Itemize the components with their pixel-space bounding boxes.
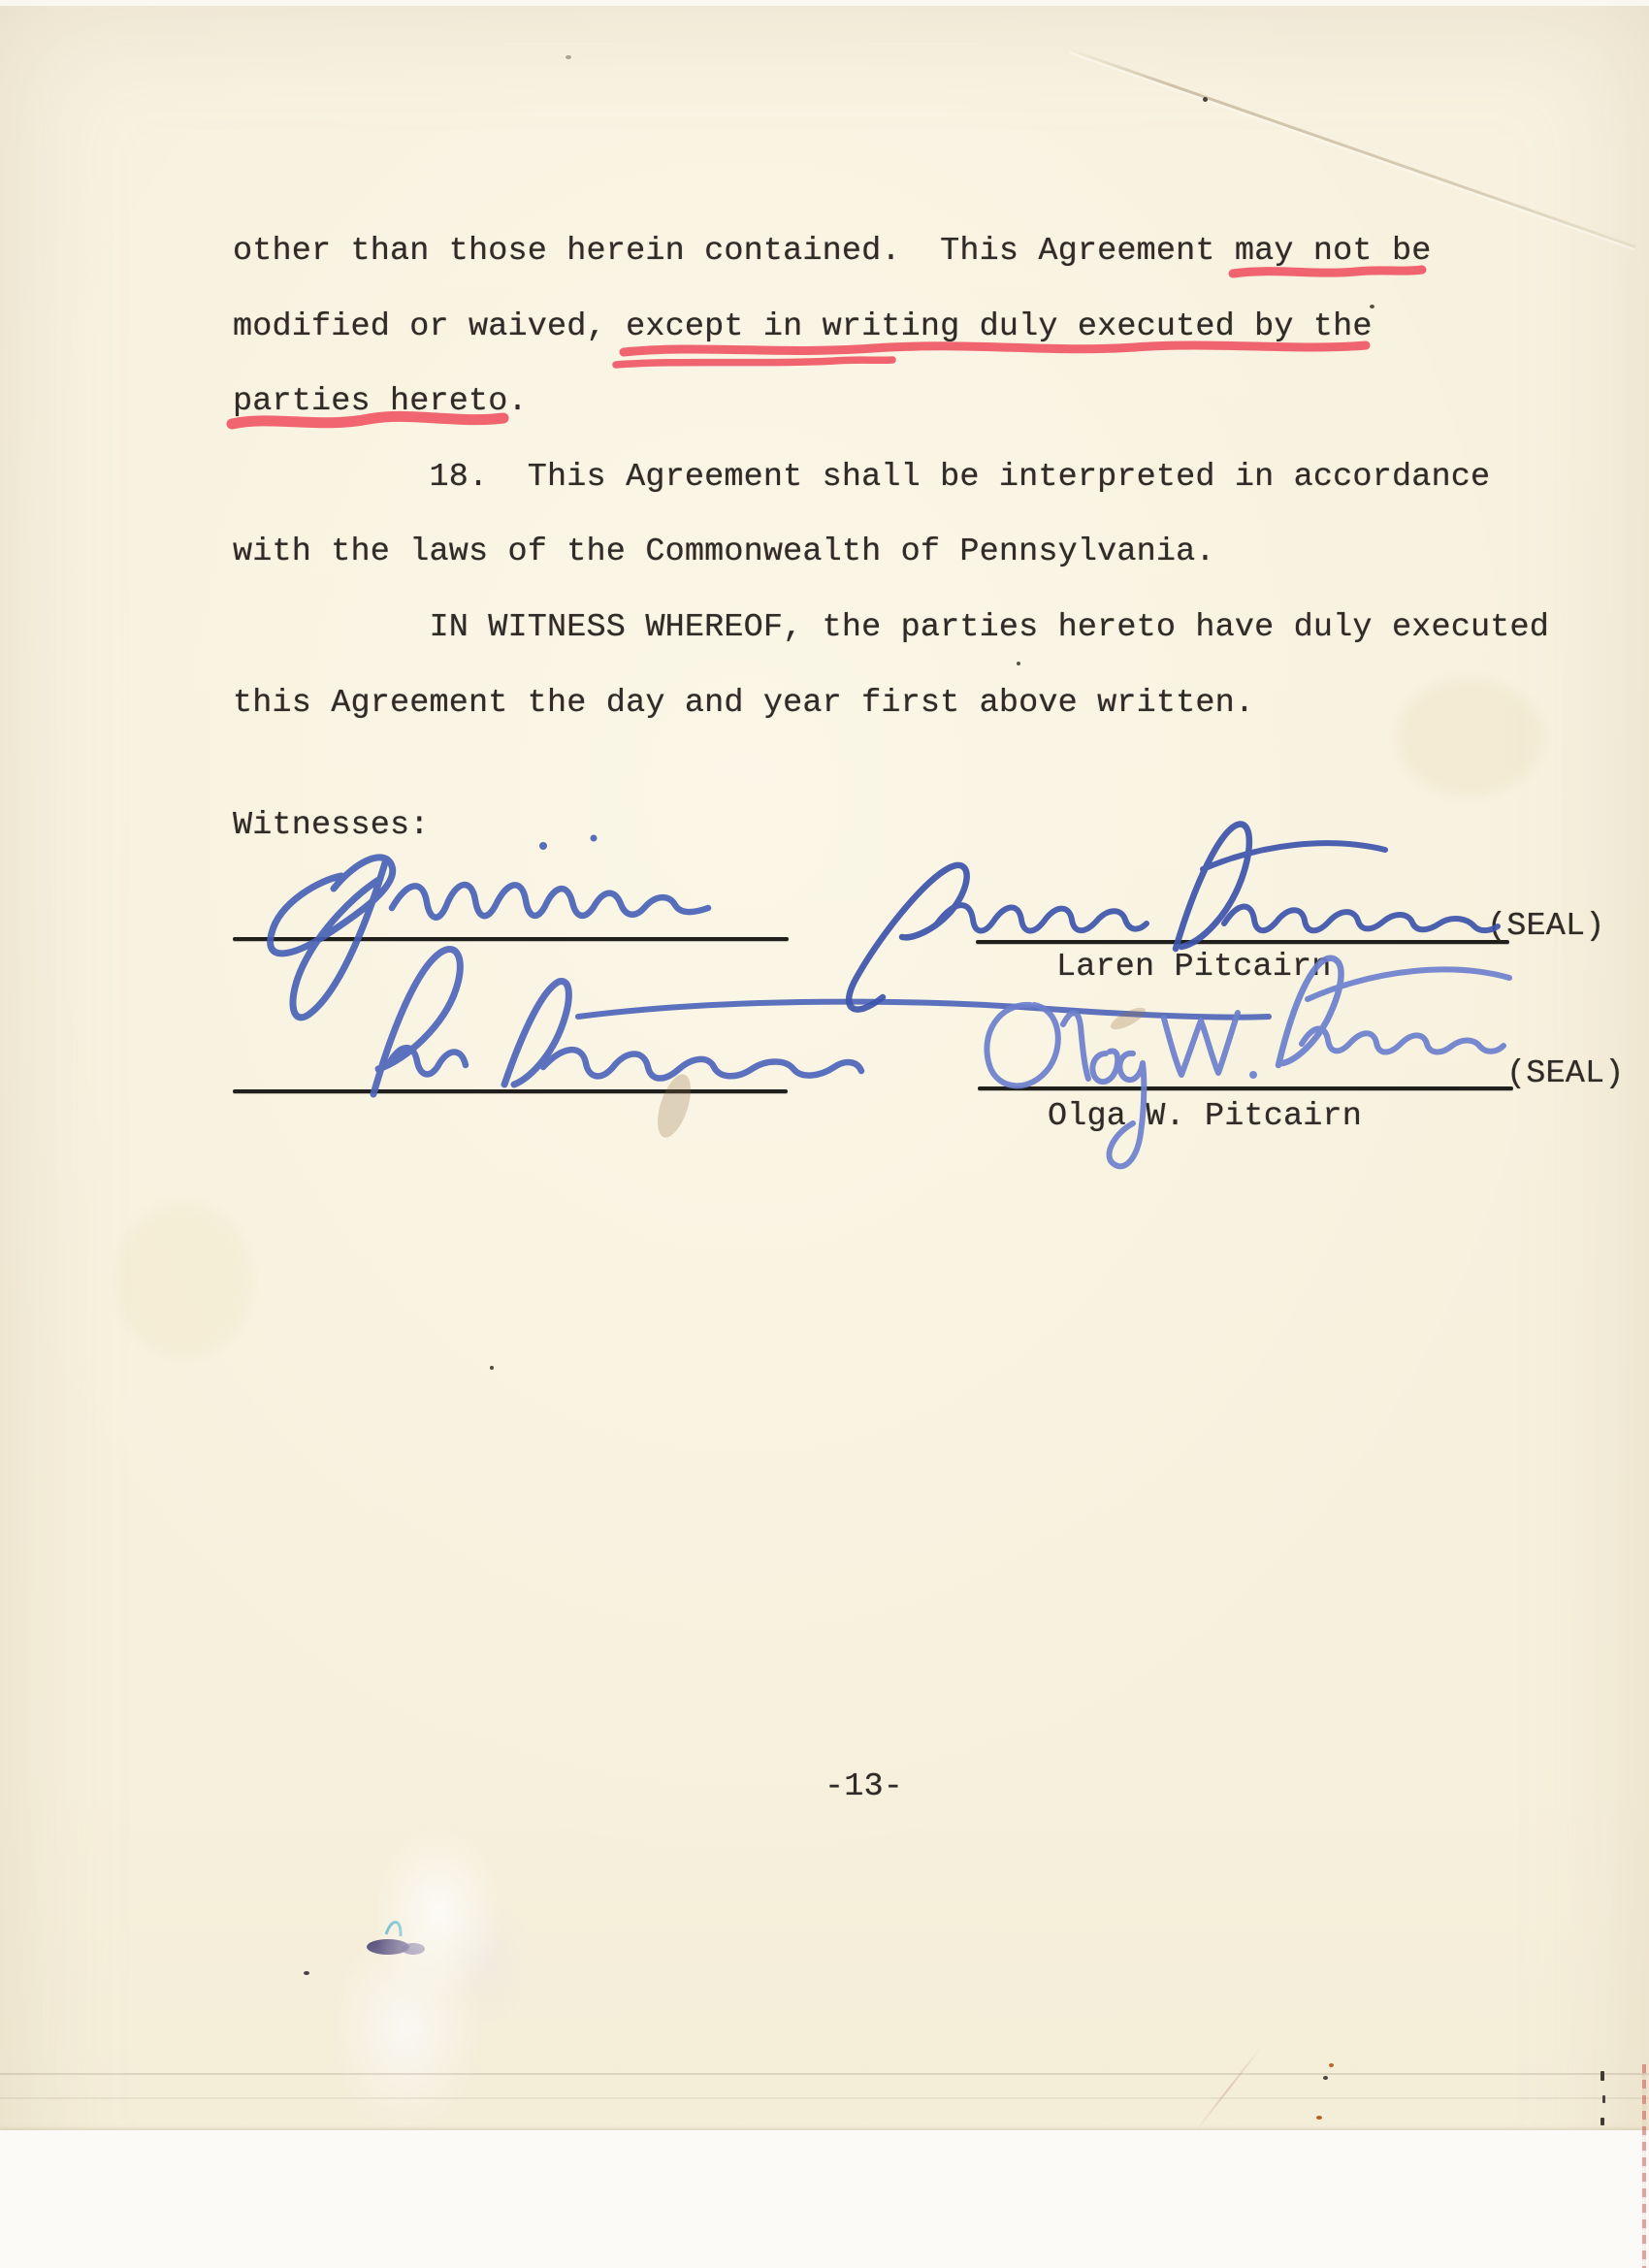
body-line: 18. This Agreement shall be interpreted … [233, 462, 1490, 495]
body-line: other than those herein contained. This … [233, 236, 1431, 269]
scan-right-edge-marks [1642, 2064, 1646, 2268]
scan-bottom-strip [0, 2130, 1649, 2268]
edge-mark [1602, 2095, 1605, 2103]
edge-mark [1600, 2118, 1604, 2125]
dust-speck [1329, 2063, 1334, 2067]
edge-mark [1600, 2071, 1604, 2081]
party-signature-2-handwriting [986, 958, 1509, 1167]
body-line: IN WITNESS WHEREOF, the parties hereto h… [233, 612, 1549, 645]
witnesses-label: Witnesses: [233, 810, 430, 843]
smudge-mark [1108, 1003, 1148, 1033]
dust-speck [1203, 97, 1208, 102]
body-line: with the laws of the Commonwealth of Pen… [233, 536, 1215, 569]
red-underline-secondary-stroke [616, 360, 892, 365]
witness-signature-line-2 [233, 1089, 788, 1093]
party-typed-name-1: Laren Pitcairn [1056, 952, 1332, 985]
body-line: this Agreement the day and year first ab… [233, 688, 1254, 721]
page-number: -13- [824, 1771, 903, 1804]
scanned-document-page: other than those herein contained. This … [0, 0, 1649, 2268]
dust-speck [490, 1366, 494, 1370]
scan-top-edge [0, 0, 1649, 6]
smudge-mark [651, 1070, 697, 1141]
dust-speck [1316, 2116, 1322, 2120]
dust-speck [1370, 305, 1374, 308]
paper-stain [262, 1814, 582, 2144]
witness-signature-1-handwriting [271, 835, 708, 1018]
dust-speck [1017, 662, 1020, 665]
party-signature-line-2 [978, 1086, 1513, 1090]
red-underline-except-in-writing [624, 345, 1366, 352]
dust-speck [566, 55, 571, 59]
dust-speck [304, 1971, 309, 1975]
age-spot [1397, 679, 1542, 795]
scan-artifact-line [0, 2073, 1649, 2075]
scratch-mark [1195, 2046, 1262, 2131]
witness-signature-line-1 [233, 937, 789, 941]
seal-label-1: (SEAL) [1487, 911, 1605, 944]
age-spot [116, 1203, 252, 1358]
party-typed-name-2: Olga W. Pitcairn [1048, 1101, 1362, 1134]
seal-label-2: (SEAL) [1506, 1058, 1625, 1091]
body-line: modified or waived, except in writing du… [233, 311, 1373, 344]
party-signature-line-1 [976, 940, 1509, 944]
dust-speck [1323, 2076, 1328, 2080]
scan-artifact-line [0, 2097, 1649, 2099]
body-line: parties hereto. [233, 386, 528, 419]
fold-crease [1069, 49, 1636, 248]
red-underline-may-not-be [1233, 270, 1422, 274]
